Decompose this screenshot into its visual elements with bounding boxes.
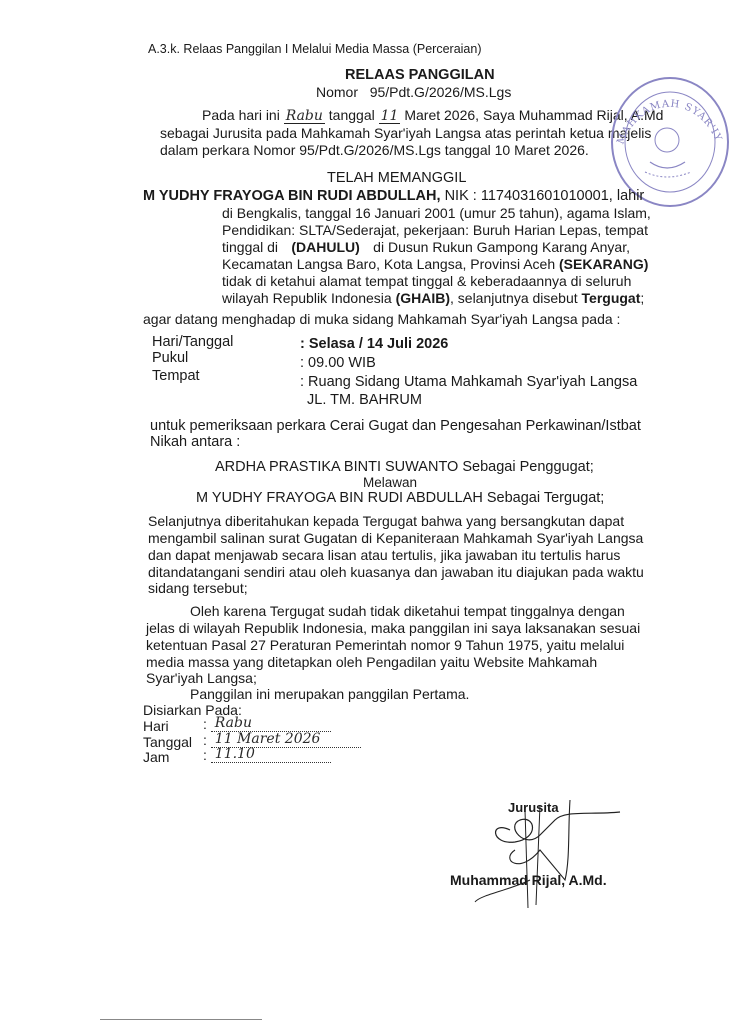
notice-line: ditandatangani sendiri atau oleh kuasany… bbox=[148, 564, 644, 580]
appear-instruction: agar datang menghadap di muka sidang Mah… bbox=[143, 311, 620, 327]
hearing-address: JL. TM. BAHRUM bbox=[307, 392, 422, 408]
svg-text:MAHKAMAH SYAR'IYAH LANGSA: MAHKAMAH SYAR'IYAH LANGSA bbox=[605, 70, 723, 146]
published-label-time: Jam bbox=[143, 749, 169, 765]
notice-line: sidang tersebut; bbox=[148, 580, 248, 596]
number-label: Nomor bbox=[316, 84, 358, 100]
versus-label: Melawan bbox=[363, 475, 417, 490]
hearing-value-place: : Ruang Sidang Utama Mahkamah Syar'iyah … bbox=[300, 374, 637, 390]
defendant-party-line: M YUDHY FRAYOGA BIN RUDI ABDULLAH Sebaga… bbox=[196, 490, 604, 506]
notice-para-3: Panggilan ini merupakan panggilan Pertam… bbox=[190, 686, 469, 702]
hearing-value-time: : 09.00 WIB bbox=[300, 355, 376, 371]
published-label-day: Hari bbox=[143, 718, 169, 734]
notice-line: Oleh karena Tergugat sudah tidak diketah… bbox=[190, 603, 625, 619]
signature-scribble-icon bbox=[470, 790, 630, 910]
text-segment: , selanjutnya disebut bbox=[450, 290, 578, 306]
defendant-name: M YUDHY FRAYOGA BIN RUDI ABDULLAH, bbox=[143, 188, 441, 204]
form-code: A.3.k. Relaas Panggilan I Melalui Media … bbox=[148, 42, 482, 56]
status-dahulu: (DAHULU) bbox=[291, 239, 359, 255]
hearing-label-day: Hari/Tanggal bbox=[152, 334, 233, 350]
signatory-name: Muhammad Rijal, A.Md. bbox=[450, 872, 607, 888]
handwritten-published-time: 11.10 bbox=[215, 746, 255, 762]
text-segment: Kecamatan Langsa Baro, Kota Langsa, Prov… bbox=[222, 256, 555, 272]
summons-line-1: di Bengkalis, tanggal 16 Januari 2001 (u… bbox=[222, 205, 651, 221]
text-segment: ; bbox=[640, 290, 644, 306]
case-line-2: Nikah antara : bbox=[150, 434, 240, 450]
notice-line: ketentuan Pasal 27 Peraturan Pemerintah … bbox=[146, 637, 624, 653]
notice-line: jelas di wilayah Republik Indonesia, mak… bbox=[146, 620, 640, 636]
status-sekarang: (SEKARANG) bbox=[559, 256, 648, 272]
summons-line-6: wilayah Republik Indonesia (GHAIB), sela… bbox=[222, 290, 644, 306]
text-segment: di Dusun Rukun Gampong Karang Anyar, bbox=[373, 239, 630, 255]
tergugat-label: Tergugat bbox=[582, 290, 641, 306]
stamp-text: MAHKAMAH SYAR'IYAH LANGSA bbox=[605, 70, 723, 146]
case-line-1: untuk pemeriksaan perkara Cerai Gugat da… bbox=[150, 418, 641, 434]
footer-divider bbox=[100, 1019, 262, 1020]
opening-line-3: dalam perkara Nomor 95/Pdt.G/2026/MS.Lgs… bbox=[160, 142, 589, 158]
summons-line-3: tinggal di (DAHULU) di Dusun Rukun Gampo… bbox=[222, 239, 630, 255]
document-title: RELAAS PANGGILAN bbox=[345, 67, 495, 83]
handwritten-published-day: Rabu bbox=[215, 715, 252, 731]
defendant-nik: NIK : 1174031601010001, lahir bbox=[445, 188, 645, 204]
published-label-date: Tanggal bbox=[143, 734, 192, 750]
handwritten-day: Rabu bbox=[284, 109, 325, 124]
plaintiff-line: ARDHA PRASTIKA BINTI SUWANTO Sebagai Pen… bbox=[215, 459, 594, 475]
hearing-label-place: Tempat bbox=[152, 368, 200, 384]
notice-line: Selanjutnya diberitahukan kepada Terguga… bbox=[148, 513, 624, 529]
notice-line: mengambil salinan surat Gugatan di Kepan… bbox=[148, 530, 643, 546]
text-segment: wilayah Republik Indonesia bbox=[222, 290, 392, 306]
status-ghaib: (GHAIB) bbox=[396, 290, 450, 306]
handwritten-published-date: 11 Maret 2026 bbox=[215, 731, 321, 747]
opening-date-label: tanggal bbox=[329, 107, 375, 123]
summons-heading: TELAH MEMANGGIL bbox=[327, 170, 466, 186]
defendant-line: M YUDHY FRAYOGA BIN RUDI ABDULLAH, NIK :… bbox=[143, 188, 644, 204]
handwritten-date: 11 bbox=[379, 109, 401, 124]
opening-line-2: sebagai Jurusita pada Mahkamah Syar'iyah… bbox=[160, 125, 651, 141]
text-segment: tinggal di bbox=[222, 239, 278, 255]
summons-line-4: Kecamatan Langsa Baro, Kota Langsa, Prov… bbox=[222, 256, 648, 272]
number-value: 95/Pdt.G/2026/MS.Lgs bbox=[370, 84, 512, 100]
notice-line: Syar'iyah Langsa; bbox=[146, 670, 257, 686]
summons-line-2: Pendidikan: SLTA/Sederajat, pekerjaan: B… bbox=[222, 222, 648, 238]
notice-line: media massa yang ditetapkan oleh Pengadi… bbox=[146, 654, 597, 670]
summons-line-5: tidak di ketahui alamat tempat tinggal &… bbox=[222, 273, 631, 289]
notice-line: dan dapat menjawab secara lisan atau ter… bbox=[148, 547, 620, 563]
opening-line-1: Pada hari ini Rabu tanggal 11 Maret 2026… bbox=[202, 107, 663, 124]
hearing-label-time: Pukul bbox=[152, 350, 188, 366]
published-time-field: : 11.10 bbox=[203, 747, 331, 763]
opening-prefix: Pada hari ini bbox=[202, 107, 280, 123]
document-number: Nomor 95/Pdt.G/2026/MS.Lgs bbox=[316, 84, 511, 100]
published-day-field: : Rabu bbox=[203, 716, 331, 732]
hearing-value-day: : Selasa / 14 Juli 2026 bbox=[300, 336, 448, 352]
